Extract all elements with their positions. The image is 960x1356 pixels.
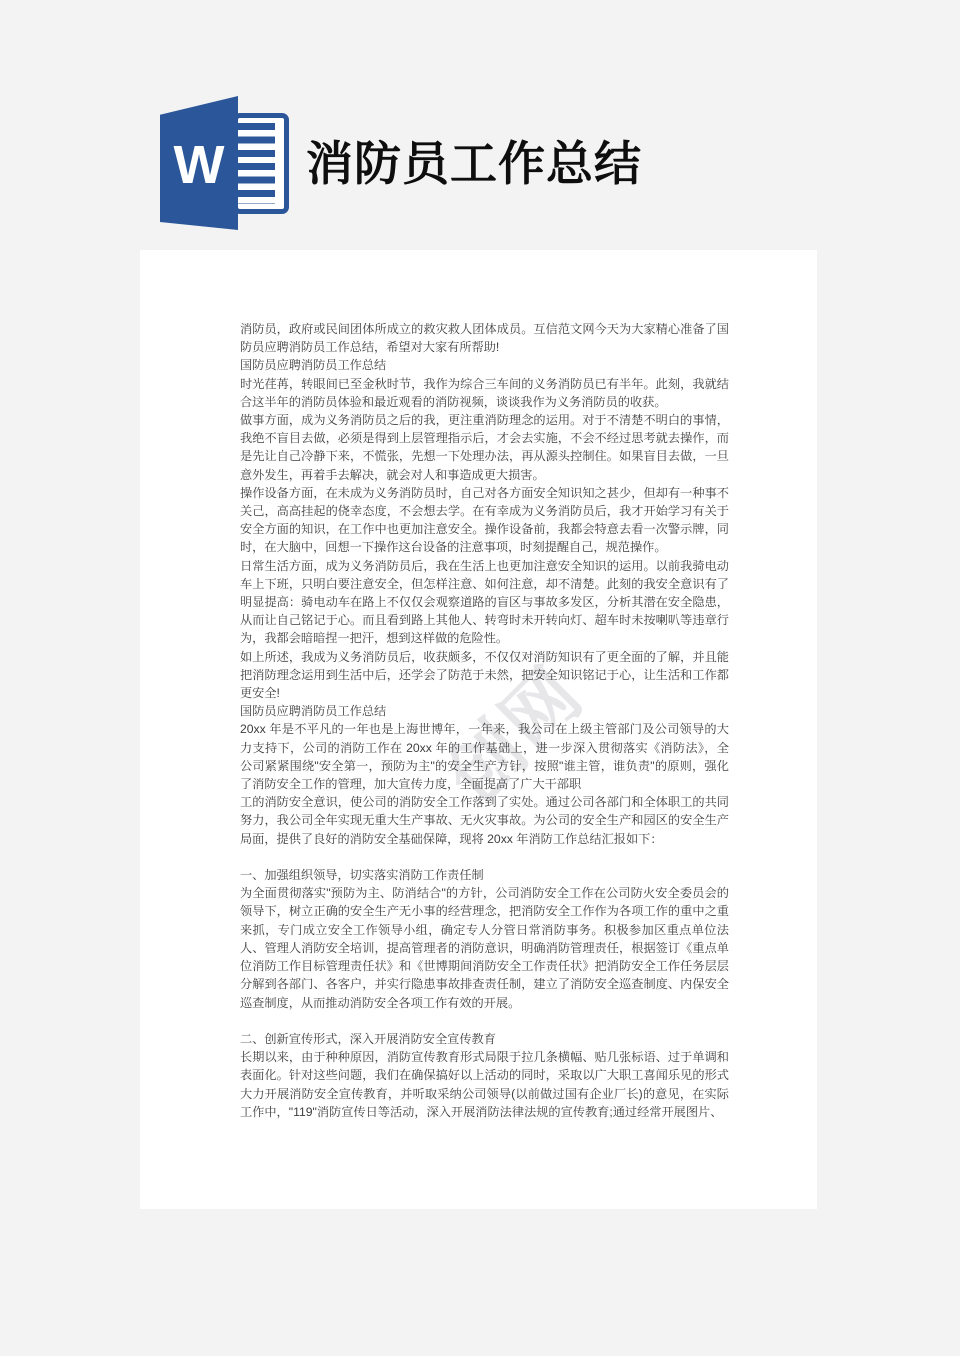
page-title: 消防员工作总结	[306, 138, 642, 190]
document-paragraph: 时光荏苒，转眼间已至金秋时节，我作为综合三车间的义务消防员已有半年。此刻，我就结…	[240, 375, 729, 411]
header: W 消防员工作总结	[0, 0, 960, 250]
template-preview-canvas: W 消防员工作总结 创网 消防员，政府或民间团体所成立的救灾救人团体成员。互信范…	[0, 0, 960, 1356]
document-page: 创网 消防员，政府或民间团体所成立的救灾救人团体成员。互信范文网今天为大家精心准…	[140, 250, 817, 1209]
document-paragraph: 一、加强组织领导，切实落实消防工作责任制	[240, 866, 729, 884]
document-paragraph: 为全面贯彻落实"预防为主、防消结合"的方针，公司消防安全工作在公司防火安全委员会…	[240, 884, 729, 1011]
document-paragraph: 如上所述，我成为义务消防员后，收获颇多，不仅仅对消防知识有了更全面的了解，并且能…	[240, 648, 729, 703]
document-content: 消防员，政府或民间团体所成立的救灾救人团体成员。互信范文网今天为大家精心准备了国…	[240, 320, 729, 1121]
document-paragraph: 工的消防安全意识，使公司的消防安全工作落到了实处。通过公司各部门和全体职工的共同…	[240, 793, 729, 848]
document-paragraph: 日常生活方面，成为义务消防员后，我在生活上也更加注意安全知识的运用。以前我骑电动…	[240, 557, 729, 648]
document-paragraph: 操作设备方面，在未成为义务消防员时，自己对各方面安全知识知之甚少，但却有一种事不…	[240, 484, 729, 557]
document-paragraph: 国防员应聘消防员工作总结	[240, 702, 729, 720]
document-paragraph: 做事方面，成为义务消防员之后的我，更注重消防理念的运用。对于不清楚不明白的事情，…	[240, 411, 729, 484]
word-logo-panel: W	[160, 96, 238, 230]
document-paragraph: 二、创新宣传形式，深入开展消防安全宣传教育	[240, 1030, 729, 1048]
document-paragraph: 国防员应聘消防员工作总结	[240, 356, 729, 374]
word-logo-document-sheet	[233, 113, 289, 214]
document-paragraph	[240, 848, 729, 866]
word-logo-text-lines	[238, 123, 275, 204]
document-paragraph: 消防员，政府或民间团体所成立的救灾救人团体成员。互信范文网今天为大家精心准备了国…	[240, 320, 729, 356]
document-paragraph	[240, 1012, 729, 1030]
word-logo-letter: W	[174, 138, 225, 192]
document-paragraph: 20xx 年是不平凡的一年也是上海世博年，一年来，我公司在上级主管部门及公司领导…	[240, 720, 729, 793]
word-logo-icon: W	[160, 96, 289, 236]
document-paragraph: 长期以来，由于种种原因，消防宣传教育形式局限于拉几条横幅、贴几张标语、过于单调和…	[240, 1048, 729, 1121]
